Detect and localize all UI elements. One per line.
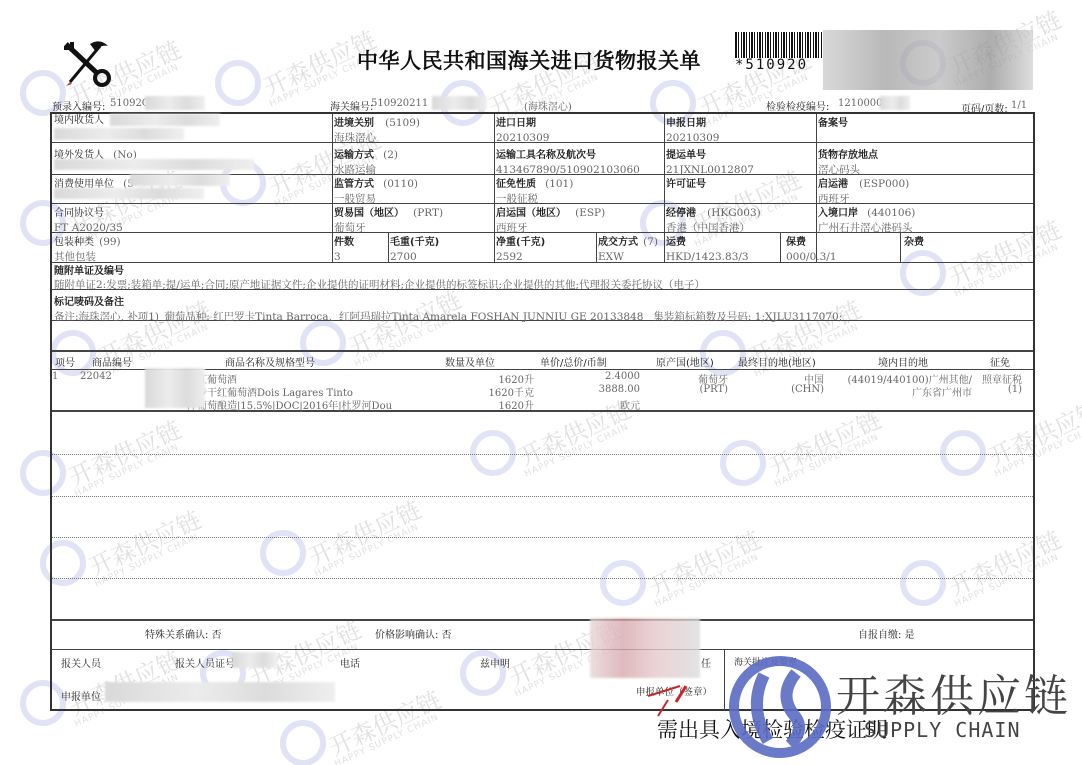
redacted-field bbox=[105, 682, 335, 702]
redacted-barcode bbox=[823, 30, 1033, 90]
entry-port-field: 入境口岸 (440106) 广州石井滘心港码头 bbox=[818, 205, 915, 234]
declare-date-field: 申报日期 20210309 bbox=[666, 115, 719, 144]
price-line: 2.4000 bbox=[605, 371, 640, 382]
insurance-field: 保费 000/0.3/1 bbox=[786, 234, 837, 263]
redacted-field bbox=[232, 652, 277, 668]
phone-label: 电话 bbox=[340, 655, 360, 670]
misc-fee-field: 杂费 bbox=[904, 234, 924, 249]
brand-name-cn: 开森供应链 bbox=[836, 660, 1071, 724]
item-no: 1 bbox=[52, 371, 58, 382]
departure-country-field: 启运国（地区） (ESP) 西班牙 bbox=[496, 205, 605, 234]
domestic-destination-line: 广东省广州市 bbox=[912, 384, 972, 399]
deal-mode-field: 成交方式 (7) EXW bbox=[598, 234, 658, 263]
customs-emblem-icon bbox=[60, 38, 112, 88]
redacted-field bbox=[110, 114, 220, 126]
pieces-field: 件数 3 bbox=[334, 234, 354, 263]
entry-customs-field: 进境关别 (5109) 海珠滘心 bbox=[334, 115, 420, 144]
consignee-label: 境内收货人 bbox=[54, 115, 104, 127]
barcode bbox=[735, 32, 823, 58]
bill-no-field: 提运单号 21JXNL0012807 bbox=[666, 147, 754, 176]
contract-field: 合同协议号 FT A2020/35 bbox=[54, 205, 123, 234]
origin-line: (PRT) bbox=[699, 384, 728, 395]
freight-field: 运费 HKD/1423.83/3 bbox=[666, 234, 749, 263]
transit-port-field: 经停港 (HKG003) 香港（中国香港） bbox=[666, 205, 761, 234]
gross-weight-field: 毛重(千克) 2700 bbox=[390, 234, 439, 263]
brand-name-en: SUPPLY CHAIN bbox=[864, 718, 1021, 742]
customs-no-label: 海关编号: bbox=[330, 98, 373, 113]
redacted-field bbox=[432, 96, 487, 110]
goods-header-5: 原产国(地区) bbox=[656, 354, 714, 369]
remarks-value: 备注:海珠滘心, 补项1)_葡萄品种: 红巴罗卡Tinta Barroca、红阿… bbox=[54, 309, 842, 324]
redacted-seal bbox=[590, 618, 700, 678]
special-relation-confirm: 特殊关系确认: 否 bbox=[145, 626, 222, 641]
trade-country-field: 贸易国（地区） (PRT) 葡萄牙 bbox=[334, 205, 443, 234]
license-field: 许可证号 bbox=[666, 176, 706, 191]
hs-code: 22042 bbox=[80, 371, 112, 382]
quantity-line: 1620升 bbox=[499, 397, 534, 412]
record-no-field: 备案号 bbox=[818, 115, 848, 130]
declarant-label: 报关人员 bbox=[61, 655, 101, 670]
goods-name-line: 萍葡萄酿造|15.5%|DOC|2016年|杜罗河Dou bbox=[187, 397, 392, 412]
declaration-label: 兹申明 bbox=[480, 655, 510, 670]
levy-nature-field: 征免性质 (101) 一般征税 bbox=[496, 176, 573, 205]
brand-logo-icon bbox=[728, 655, 832, 759]
self-pay-confirm: 自报自缴: 是 bbox=[858, 626, 915, 641]
net-weight-field: 净重(千克) 2592 bbox=[496, 234, 545, 263]
declarant-cert-label: 报关人员证号 bbox=[175, 655, 235, 670]
declaring-unit-label: 申报单位 bbox=[61, 688, 101, 703]
attachments-value: 随附单证2:发票;装箱单;提/运单;合同;原产地证据文件;企业提供的证明材料;企… bbox=[54, 277, 705, 292]
barcode-text: *510920 bbox=[735, 57, 808, 73]
redacted-field bbox=[880, 96, 910, 110]
pre-entry-no: 51092C bbox=[110, 98, 149, 109]
responsibility-label: 任 bbox=[701, 655, 711, 670]
price-line: 欧元 bbox=[620, 397, 640, 412]
redacted-field bbox=[54, 128, 184, 140]
price-influence-confirm: 价格影响确认: 否 bbox=[375, 626, 452, 641]
transport-mode-field: 运输方式 (2) 水路运输 bbox=[334, 147, 398, 176]
import-date-field: 进口日期 20210309 bbox=[496, 115, 549, 144]
goods-header-1: 商品编号 bbox=[92, 354, 132, 369]
package-type-field: 包装种类 (99) 其他包装 bbox=[54, 234, 121, 263]
document-title: 中华人民共和国海关进口货物报关单 bbox=[357, 45, 701, 75]
goods-header-6: 最终目的地(地区) bbox=[738, 354, 816, 369]
red-mark-icon bbox=[640, 678, 700, 718]
goods-header-3: 数量及单位 bbox=[445, 354, 495, 369]
redacted-field bbox=[54, 159, 254, 170]
customs-no: 510920211 bbox=[371, 98, 428, 109]
destination-line: (CHN) bbox=[791, 384, 824, 395]
redacted-field bbox=[145, 368, 205, 408]
remarks-label: 标记唛码及备注 bbox=[54, 293, 124, 308]
goods-header-2: 商品名称及规格型号 bbox=[225, 354, 315, 369]
customs-office: (海珠滘心) bbox=[524, 98, 572, 113]
goods-header-8: 征免 bbox=[990, 354, 1010, 369]
inspection-no-label: 检验检疫编号: bbox=[766, 98, 829, 113]
redacted-field bbox=[54, 188, 204, 199]
inspection-no: 1210000 bbox=[838, 98, 883, 109]
pre-entry-no-label: 预录入编号: bbox=[52, 98, 105, 113]
price-line: 3888.00 bbox=[599, 384, 640, 395]
vessel-field: 运输工具名称及航次号 413467890/510902103060 bbox=[496, 147, 640, 176]
goods-header-4: 单价/总价/币制 bbox=[540, 354, 607, 369]
redacted-field bbox=[145, 96, 205, 110]
goods-header-7: 境内目的地 bbox=[878, 354, 928, 369]
page-count: 1/1 bbox=[1011, 100, 1027, 111]
attachments-label: 随附单证及编号 bbox=[54, 262, 124, 277]
goods-header-0: 项号 bbox=[55, 354, 75, 369]
redacted-field bbox=[130, 174, 230, 186]
levy-line: (1) bbox=[1008, 384, 1022, 395]
departure-port-field: 启运港 (ESP000) 西班牙 bbox=[818, 176, 909, 205]
